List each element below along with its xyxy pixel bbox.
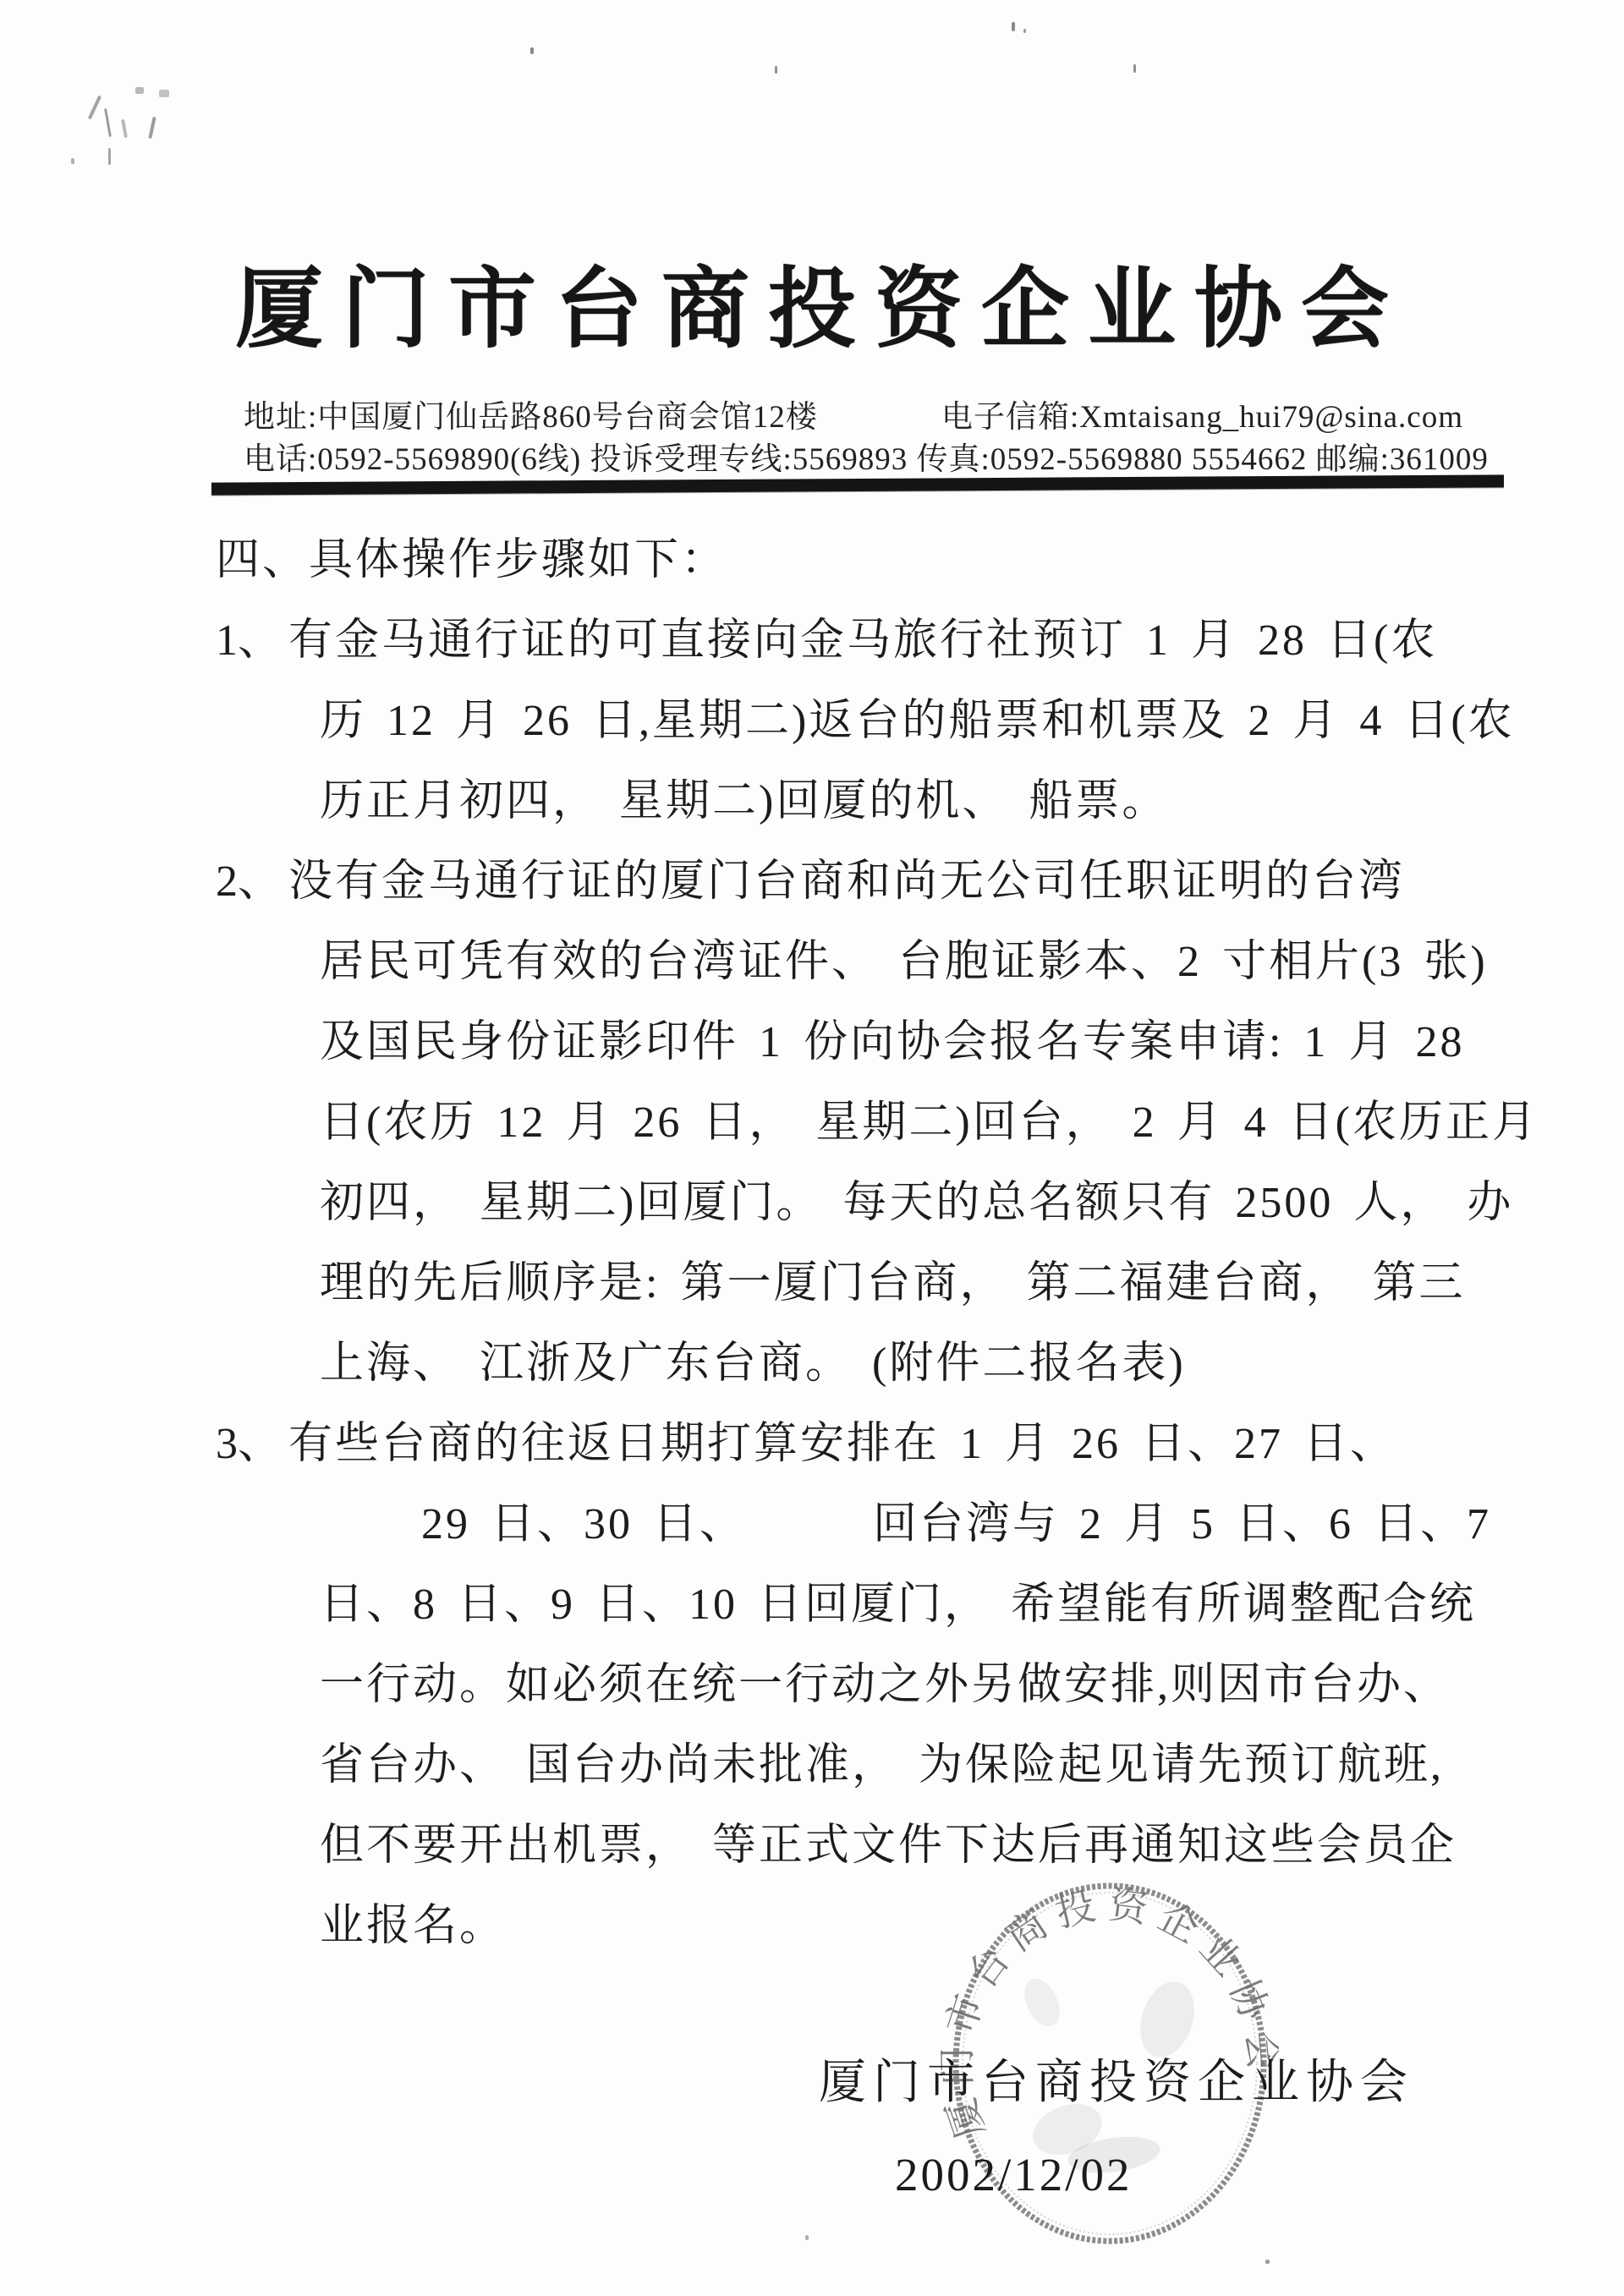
list-line-text: 理的先后顺序是: 第一厦门台商， 第二福建台商， 第三 <box>320 1259 1465 1307</box>
list-line: 一行动。如必须在统一行动之外另做安排,则因市台办、 <box>320 1658 1450 1712</box>
letterhead-contact-row-1: 地址:中国厦门仙岳路860号台商会馆12楼 电子信箱:Xmtaisang_hui… <box>244 391 1463 436</box>
scan-speck <box>71 158 74 164</box>
scan-speck <box>530 47 534 54</box>
list-line-text: 回台湾与 2 月 5 日、6 日、7 <box>873 1500 1491 1548</box>
letterhead-address: 地址:中国厦门仙岳路860号台商会馆12楼 <box>244 391 818 436</box>
list-line: 日(农历 12 月 26 日， 星期二)回台， 2 月 4 日(农历正月 <box>320 1095 1539 1150</box>
list-item-number: 3、 <box>216 1417 288 1471</box>
scan-speck <box>775 66 777 74</box>
list-line-text: 29 日、30 日、 <box>421 1500 746 1548</box>
signature-organization: 厦门市台商投资企业协会 <box>819 2045 1414 2112</box>
list-line: 上海、 江浙及广东台商。 (附件二报名表) <box>320 1336 1186 1391</box>
list-line: 日、8 日、9 日、10 日回厦门， 希望能有所调整配合统 <box>320 1577 1476 1632</box>
list-item-number: 2、 <box>216 854 288 909</box>
scan-speck <box>805 2235 809 2240</box>
list-line-text: 日、8 日、9 日、10 日回厦门， 希望能有所调整配合统 <box>320 1581 1476 1629</box>
list-line: 业报名。 <box>320 1899 506 1954</box>
letterhead-title: 厦门市台商投资企业协会 <box>235 262 1436 359</box>
list-line-text: 居民可凭有效的台湾证件、 台胞证影本、2 寸相片(3 张) <box>320 938 1488 986</box>
scan-speck <box>121 119 128 138</box>
list-line: 及国民身份证影印件 1 份向协会报名专案申请: 1 月 28 <box>320 1015 1464 1070</box>
list-item-number: 1、 <box>216 613 288 668</box>
list-line: 省台办、 国台办尚未批准， 为保险起见请先预订航班, <box>320 1738 1444 1793</box>
list-line: 1、有金马通行证的可直接向金马旅行社预订 1 月 28 日(农 <box>216 613 1437 668</box>
list-line-text: 上海、 江浙及广东台商。 (附件二报名表) <box>320 1340 1186 1388</box>
list-line-text: 没有金马通行证的厦门台商和尚无公司任职证明的台湾 <box>288 858 1405 906</box>
scan-speck <box>108 148 111 165</box>
list-line-text: 历 12 月 26 日,星期二)返台的船票和机票及 2 月 4 日(农 <box>320 697 1515 745</box>
list-line: 历 12 月 26 日,星期二)返台的船票和机票及 2 月 4 日(农 <box>320 693 1515 748</box>
list-line: 29 日、30 日、回台湾与 2 月 5 日、6 日、7 <box>421 1497 1491 1552</box>
scan-speck <box>135 87 144 94</box>
letterhead-phone-line: 电话:0592-5569890(6线) 投诉受理专线:5569893 传真:05… <box>244 433 1463 479</box>
list-line-text: 日(农历 12 月 26 日， 星期二)回台， 2 月 4 日(农历正月 <box>320 1099 1539 1147</box>
list-line: 居民可凭有效的台湾证件、 台胞证影本、2 寸相片(3 张) <box>320 934 1488 989</box>
list-line-text: 有金马通行证的可直接向金马旅行社预订 1 月 28 日(农 <box>288 616 1437 665</box>
signature-date: 2002/12/02 <box>895 2148 1133 2201</box>
list-line: 但不要开出机票， 等正式文件下达后再通知这些会员企 <box>320 1818 1457 1873</box>
list-line: 2、没有金马通行证的厦门台商和尚无公司任职证明的台湾 <box>216 854 1405 909</box>
list-line-text: 有些台商的往返日期打算安排在 1 月 26 日、27 日、 <box>288 1420 1396 1468</box>
scan-speck <box>88 96 101 120</box>
scan-speck <box>159 90 169 97</box>
section-heading: 四、具体操作步骤如下： <box>216 533 727 588</box>
scan-speck <box>104 108 112 137</box>
list-line-text: 省台办、 国台办尚未批准， 为保险起见请先预订航班, <box>320 1741 1444 1789</box>
scan-speck <box>148 117 156 139</box>
list-line-text: 一行动。如必须在统一行动之外另做安排,则因市台办、 <box>320 1661 1450 1709</box>
list-line: 3、有些台商的往返日期打算安排在 1 月 26 日、27 日、 <box>216 1417 1396 1471</box>
scan-speck <box>1023 29 1026 33</box>
list-line-text: 历正月初四， 星期二)回厦的机、 船票。 <box>320 777 1168 825</box>
list-line-text: 初四， 星期二)回厦门。 每天的总名额只有 2500 人， 办 <box>320 1179 1513 1227</box>
list-line-text: 及国民身份证影印件 1 份向协会报名专案申请: 1 月 28 <box>320 1018 1464 1066</box>
list-line-text: 但不要开出机票， 等正式文件下达后再通知这些会员企 <box>320 1822 1457 1870</box>
scanned-document-page: 厦门市台商投资企业协会 地址:中国厦门仙岳路860号台商会馆12楼 电子信箱:X… <box>0 0 1624 2296</box>
list-line: 初四， 星期二)回厦门。 每天的总名额只有 2500 人， 办 <box>320 1175 1513 1230</box>
list-line: 历正月初四， 星期二)回厦的机、 船票。 <box>320 774 1168 829</box>
letterhead-email: 电子信箱:Xmtaisang_hui79@sina.com <box>941 391 1463 436</box>
scan-speck <box>1265 2260 1270 2264</box>
list-line-text: 业报名。 <box>320 1902 506 1950</box>
list-line: 理的先后顺序是: 第一厦门台商， 第二福建台商， 第三 <box>320 1256 1465 1311</box>
scan-speck <box>1012 22 1015 31</box>
scan-speck <box>1133 64 1136 73</box>
